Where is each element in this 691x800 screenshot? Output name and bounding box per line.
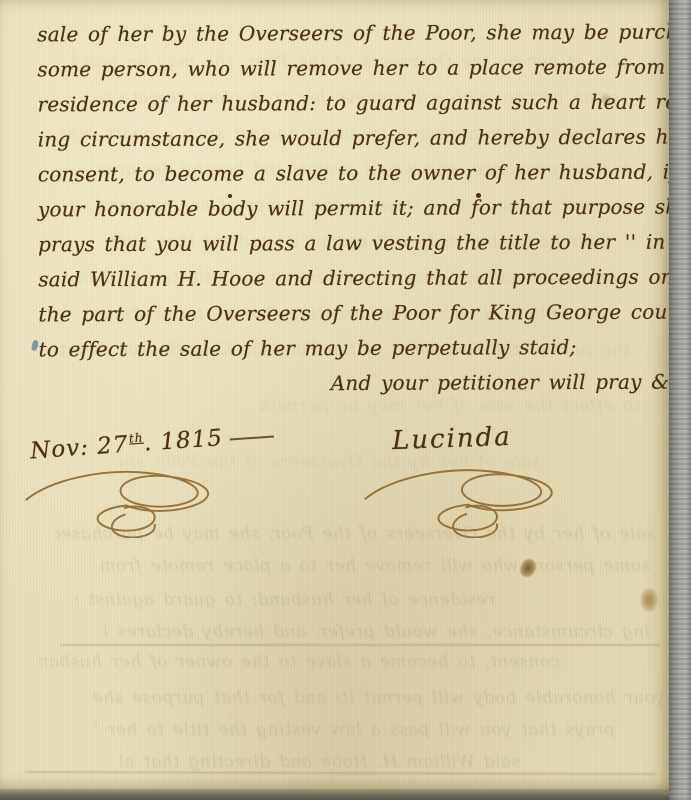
ghost-text-line: ing circumstance, she would prefer, and … — [105, 622, 650, 642]
manuscript-line: said William H. Hooe and directing that … — [38, 260, 658, 298]
scan-right-edge — [669, 0, 691, 800]
manuscript-body: sale of her by the Overseers of the Poor… — [37, 15, 659, 368]
closing-line: And your petitioner will pray &c — [331, 365, 659, 401]
ghost-text-line: consent, to become a slave to the owner … — [40, 652, 560, 672]
date-suffix: . 1815 — [143, 425, 224, 456]
flourish-swirl-icon — [352, 456, 577, 538]
manuscript-line: ing circumstance, she would prefer, and … — [38, 120, 658, 158]
manuscript-line: some person, who will remove her to a pl… — [37, 50, 657, 88]
pen-flourish-signature — [352, 456, 577, 538]
manuscript-line: consent, to become a slave to the owner … — [38, 155, 658, 193]
signature: Lucinda — [392, 422, 513, 456]
manuscript-line: sale of her by the Overseers of the Poor… — [37, 15, 657, 53]
manuscript-line: to effect the sale of her may be perpetu… — [39, 330, 659, 368]
manuscript-line: the part of the Overseers of the Poor fo… — [38, 295, 658, 333]
scanned-manuscript-page: sale of her by the Overseers of the Poor… — [0, 0, 691, 800]
manuscript-line: residence of her husband: to guard again… — [37, 85, 657, 123]
date-superscript: th — [128, 431, 144, 446]
ghost-text-line: said William H. Hooe and directing that … — [120, 752, 520, 772]
ghost-text-line: your honorable body will permit it; and … — [65, 688, 665, 708]
manuscript-line: your honorable body will permit it; and … — [38, 190, 658, 228]
pen-stroke — [230, 435, 274, 440]
ghost-text-line: prays that you will pass a law vesting t… — [95, 720, 615, 740]
ghost-text-line: some person, who will remove her to a pl… — [95, 556, 650, 576]
ghost-text-line: residence of her husband: to guard again… — [75, 590, 495, 610]
manuscript-line: prays that you will pass a law vesting t… — [38, 225, 658, 263]
paper-stain — [640, 588, 658, 612]
manuscript-text: sale of her by the Overseers of the Poor… — [37, 15, 659, 403]
scan-bottom-edge — [0, 789, 671, 800]
flourish-swirl-icon — [14, 458, 232, 538]
pen-flourish-date — [14, 458, 232, 538]
paper-crease — [60, 644, 660, 646]
